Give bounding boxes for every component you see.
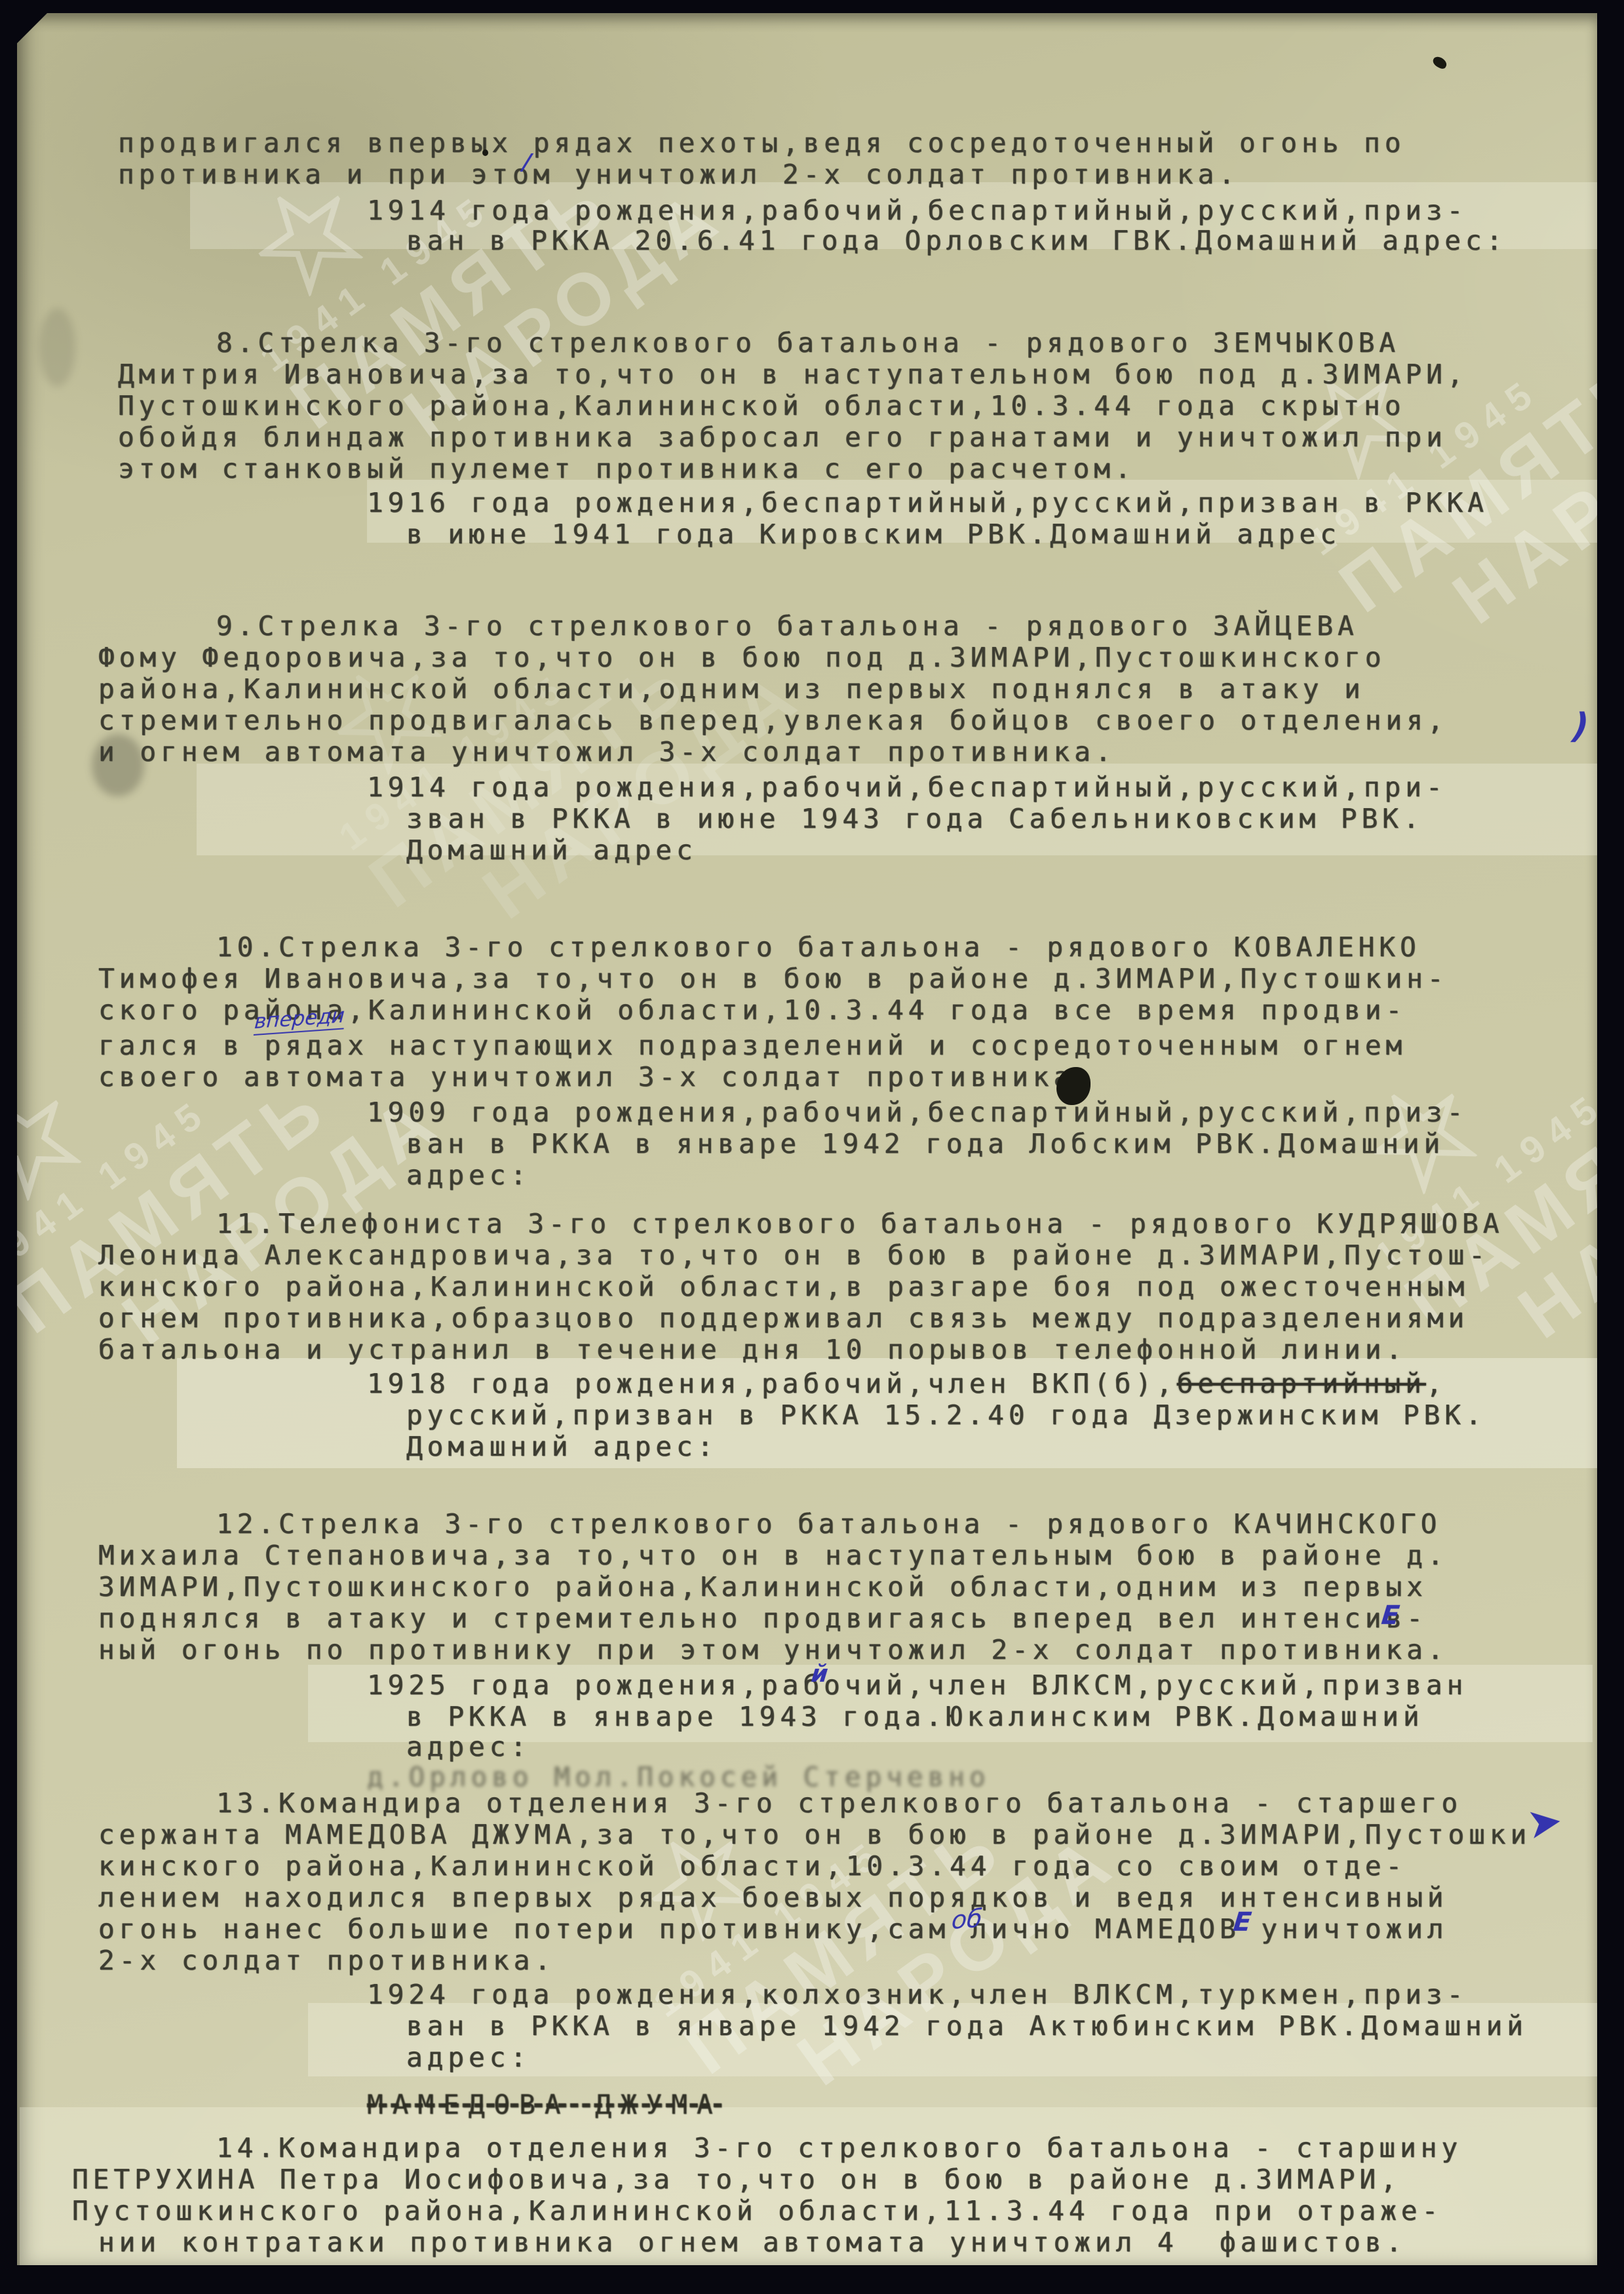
typed-line: 1916 года рождения,беспартийный,русский,…	[367, 486, 1488, 519]
typed-line: зван в РККА в июне 1943 года Сабельников…	[406, 802, 1424, 835]
scan-edge-bottom	[0, 2265, 1624, 2294]
typed-line: Фому Федоровича,за то,что он в бою под д…	[98, 641, 1385, 674]
section-11-heading: 11.Телефониста 3-го стрелкового батальон…	[216, 1207, 1503, 1240]
typed-line: Пустошкинского района,Калининской област…	[72, 2194, 1442, 2227]
typed-line: русский,призван в РККА 15.2.40 года Дзер…	[406, 1399, 1486, 1431]
handwritten-correction: й	[810, 1661, 830, 1688]
typed-line: в июне 1941 года Кировским РВК.Домашний …	[406, 518, 1341, 551]
star-icon	[17, 1073, 94, 1211]
typed-line: стремительно продвигалась вперед,увлекая…	[98, 704, 1448, 737]
section-10-heading: 10.Стрелка 3-го стрелкового батальона - …	[216, 931, 1421, 963]
typed-line: огнем противника,образцово поддерживал с…	[98, 1302, 1469, 1334]
typed-line: Дмитрия Ивановича,за то,что он в наступа…	[118, 358, 1467, 391]
typed-line: 2-х солдат противника.	[98, 1944, 555, 1977]
typed-line: ван в РККА в январе 1942 года Актюбински…	[406, 2010, 1528, 2042]
section-13-heading: 13.Командира отделения 3-го стрелкового …	[216, 1787, 1462, 1819]
typed-line: 1925 года рождения,рабочий,член ВЛКСМ,ру…	[367, 1669, 1467, 1701]
scan-edge-right	[1597, 0, 1624, 2294]
typed-line: 1914 года рождения,рабочий,беспартийный,…	[367, 194, 1467, 227]
typed-line: адрес:	[406, 2041, 531, 2074]
typed-line: 1924 года рождения,колхозник,член ВЛКСМ,…	[367, 1978, 1467, 2011]
section-14-heading: 14.Командира отделения 3-го стрелкового …	[216, 2131, 1462, 2164]
typed-line: сержанта МАМЕДОВА ДЖУМА,за то,что он в б…	[98, 1818, 1531, 1851]
typed-line: батальона и устранил в течение дня 10 по…	[98, 1333, 1406, 1366]
typed-line: поднялся в атаку и стремительно продвига…	[98, 1602, 1427, 1635]
handwritten-paren: )	[1571, 707, 1591, 746]
typed-line: обойдя блиндаж противника забросал его г…	[118, 421, 1447, 454]
typed-line: противника и при этом уничтожил 2-х солд…	[118, 158, 1239, 191]
typed-line: и огнем автомата уничтожил 3-х солдат пр…	[98, 735, 1116, 768]
scan-corner-fold	[17, 13, 47, 43]
handwritten-arrow: ➤	[1524, 1797, 1565, 1850]
typed-line: в РККА в январе 1943 года.Юкалинским РВК…	[406, 1700, 1424, 1733]
crossed-out-word: беспартийный	[1177, 1368, 1426, 1399]
ink-smudge	[39, 308, 75, 387]
typed-line: этом станковый пулемет противника с его …	[118, 452, 1136, 485]
typed-line: ПЕТРУХИНА Петра Иосифовича,за то,что он …	[72, 2163, 1401, 2196]
typed-text: 1918 года рождения,рабочий,член ВКП(б),	[367, 1368, 1177, 1399]
typed-line: продвигался впервых рядах пехоты,ведя со…	[118, 126, 1405, 159]
typed-line: 1914 года рождения,рабочий,беспартийный,…	[367, 771, 1447, 804]
scan-edge-left	[0, 0, 17, 2294]
typed-line: Домашний адрес	[406, 834, 697, 866]
typed-text: ,	[1426, 1368, 1447, 1399]
typed-line: ный огонь по противнику при этом уничтож…	[98, 1633, 1448, 1666]
typed-line: Тимофея Ивановича,за то,что он в бою в р…	[98, 962, 1448, 995]
typed-line: Домашний адрес:	[406, 1430, 718, 1463]
overstruck-line: МАМЕДОВА ДЖУМА	[367, 2088, 722, 2121]
typed-line: адрес:	[406, 1159, 531, 1192]
document-page: 1941 1945 ПАМЯТЬ НАРОДА 1941 1945 ПАМЯТЬ…	[17, 13, 1597, 2265]
typed-line: ЗИМАРИ,Пустошкинского района,Калининской…	[98, 1570, 1427, 1603]
typed-line: 1909 года рождения,рабочий,беспартийный,…	[367, 1096, 1467, 1129]
handwritten-correction: Е	[1380, 1601, 1401, 1631]
watermark-word: НАРОДА	[1506, 1073, 1597, 1353]
ink-blot	[482, 149, 488, 156]
section-9-heading: 9.Стрелка 3-го стрелкового батальона - р…	[216, 610, 1359, 642]
typed-line: Пустошкинского района,Калининской област…	[118, 389, 1405, 422]
section-8-heading: 8.Стрелка 3-го стрелкового батальона - р…	[216, 326, 1400, 359]
typed-line: гался в рядах наступающих подразделений …	[98, 1029, 1406, 1062]
ink-blot	[1431, 55, 1448, 71]
typed-line: Леонида Александровича,за то,что он в бо…	[98, 1239, 1490, 1272]
scan-edge-top	[0, 0, 1624, 13]
typed-line: нии контратаки противника огнем автомата…	[98, 2226, 1406, 2259]
typed-line: своего автомата уничтожил 3-х солдат про…	[98, 1060, 1095, 1093]
typed-line: ван в РККА 20.6.41 года Орловским ГВК.До…	[406, 224, 1507, 257]
typed-line: кинского района,Калининской области,в ра…	[98, 1270, 1469, 1303]
handwritten-correction: Е	[1232, 1907, 1253, 1937]
typed-line: адрес:	[406, 1730, 531, 1763]
handwritten-correction: об	[950, 1903, 983, 1935]
section-12-heading: 12.Стрелка 3-го стрелкового батальона - …	[216, 1507, 1441, 1540]
typed-line: ван в РККА в январе 1942 года Лобским РВ…	[406, 1127, 1444, 1160]
typed-line: 1918 года рождения,рабочий,член ВКП(б),б…	[367, 1367, 1447, 1400]
typed-line: кинского района,Калининской области,10.3…	[98, 1850, 1406, 1882]
typed-line: Михаила Степановича,за то,что он в насту…	[98, 1539, 1448, 1572]
typed-line: района,Калининской области,одним из перв…	[98, 672, 1365, 705]
